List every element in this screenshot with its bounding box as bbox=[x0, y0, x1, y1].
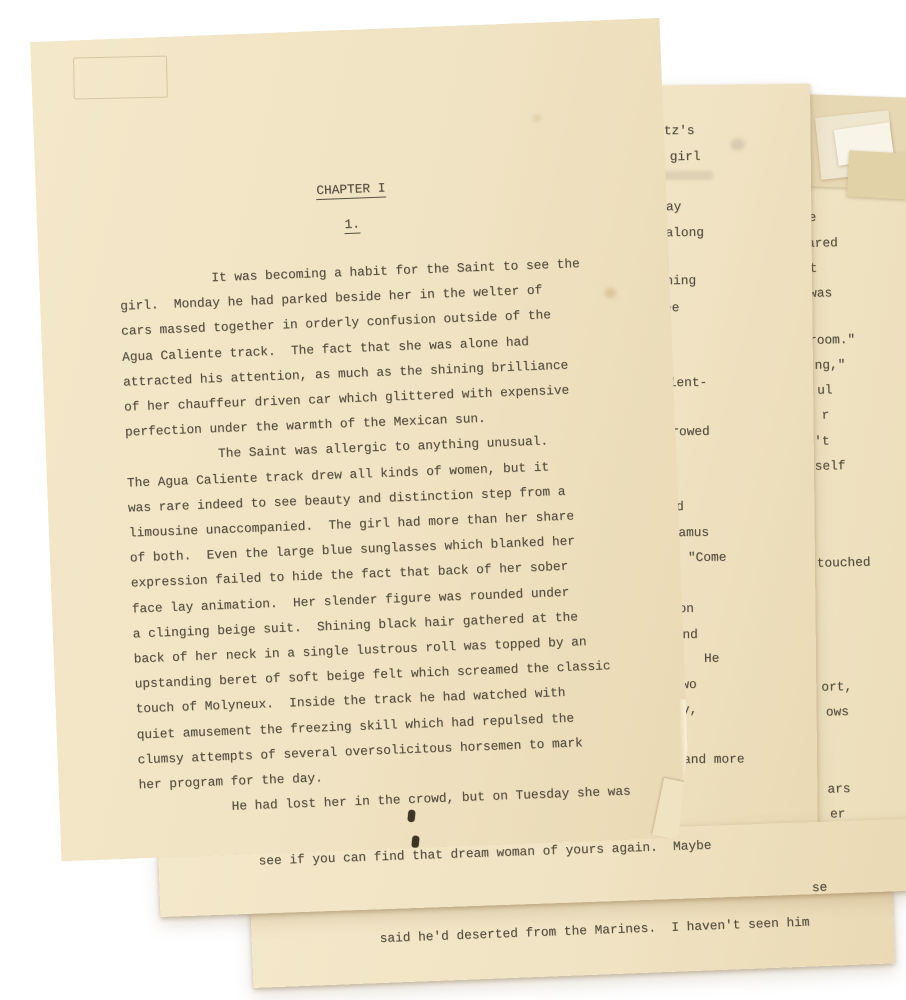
page3-fragment: ng," bbox=[814, 357, 845, 373]
paperclip-impression bbox=[73, 56, 168, 100]
page3-fragment: ort, bbox=[821, 679, 852, 695]
ink-smudge bbox=[411, 835, 419, 848]
sheet4-fragment: se bbox=[812, 880, 828, 896]
page3-fragment: self bbox=[815, 458, 846, 474]
page2-fragment: He bbox=[704, 651, 720, 666]
section-number: 1. bbox=[344, 216, 360, 234]
chapter-heading: CHAPTER I bbox=[316, 180, 386, 200]
sheet5-line: said he'd deserted from the Marines. I h… bbox=[379, 915, 809, 946]
page3-fragment: ars bbox=[827, 781, 850, 796]
page3-fragment: r bbox=[821, 407, 829, 422]
page3-fragment: was bbox=[809, 285, 832, 300]
page2-fragment: and more bbox=[683, 751, 745, 767]
page3-fragment: touched bbox=[817, 555, 871, 571]
chapter-heading-block: CHAPTER I 1. bbox=[30, 18, 667, 246]
page3-fragment: er bbox=[830, 806, 846, 821]
paper-scrap bbox=[847, 150, 906, 199]
page3-fragment: room." bbox=[809, 332, 855, 348]
page3-fragment: ows bbox=[826, 704, 849, 719]
page3-fragment: 't bbox=[814, 433, 830, 448]
page2-fragment: along bbox=[665, 225, 704, 240]
foxing-spot bbox=[731, 138, 745, 150]
page3-fragment: ul bbox=[817, 382, 833, 397]
ink-smudge bbox=[407, 810, 415, 823]
manuscript-page-top: CHAPTER I 1. It was becoming a habit for… bbox=[30, 18, 691, 862]
photo-of-typed-manuscript-stack: { "photo": { "background": "#ffffff", "p… bbox=[0, 0, 906, 1000]
typed-body-text: It was becoming a habit for the Saint to… bbox=[119, 248, 690, 823]
